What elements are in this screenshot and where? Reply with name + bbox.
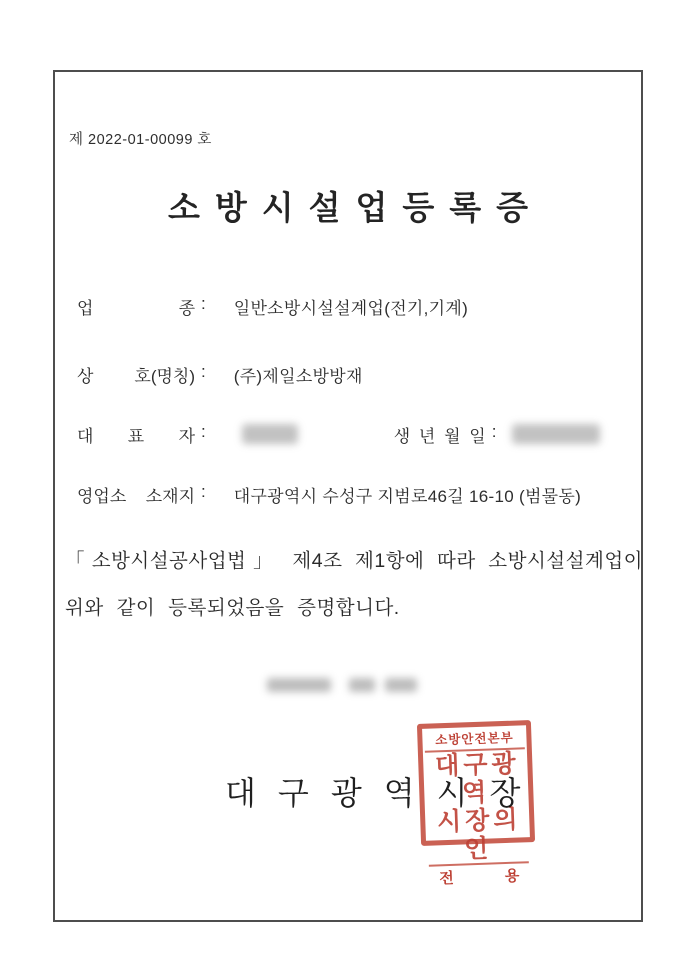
field-row-office-address: 영업소 소재지 : 대구광역시 수성구 지범로46길 16-10 (범물동): [77, 482, 627, 507]
seal-middle-line1: 대구광역: [425, 749, 527, 808]
office-address-value: 대구광역시 수성구 지범로46길 16-10 (범물동): [234, 482, 581, 507]
seal-bottom-text: 전 용: [429, 861, 530, 888]
colon: :: [201, 294, 206, 314]
business-type-label: 업 종: [77, 294, 195, 319]
issue-date-redacted: [267, 678, 417, 692]
colon: :: [201, 362, 206, 382]
business-type-value: 일반소방시설설계업(전기,기계): [234, 294, 468, 319]
legal-statement-line2: 위와 같이 등록되었음을 증명합니다.: [65, 585, 643, 632]
issue-date-year-redacted: [267, 678, 331, 692]
birth-date-label: 생 년 월 일: [394, 422, 486, 447]
representative-name-redacted: [242, 424, 298, 444]
colon: :: [201, 422, 206, 442]
field-row-representative: 대 표 자 : 생 년 월 일 :: [77, 422, 627, 447]
legal-statement: 「소방시설공사업법」 제4조 제1항에 따라 소방시설설계업이 위와 같이 등록…: [65, 538, 643, 632]
official-seal: 소방안전본부 대구광역 시장의인 전 용: [417, 720, 535, 846]
scanned-certificate-page: 제 2022-01-00099 호 소방시설업등록증 업 종 : 일반소방시설설…: [0, 0, 687, 972]
company-name-value: (주)제일소방방재: [234, 362, 363, 387]
field-row-business-type: 업 종 : 일반소방시설설계업(전기,기계): [77, 294, 627, 319]
certificate-title: 소방시설업등록증: [55, 182, 641, 229]
colon: :: [201, 482, 206, 502]
company-name-label: 상 호(명칭): [77, 362, 195, 387]
issue-date-day-redacted: [385, 678, 417, 692]
birth-date-redacted: [512, 424, 600, 444]
certificate-border: 제 2022-01-00099 호 소방시설업등록증 업 종 : 일반소방시설설…: [53, 70, 643, 922]
seal-middle-text: 대구광역 시장의인: [425, 749, 529, 864]
seal-middle-line2: 시장의인: [427, 805, 529, 864]
issue-date-month-redacted: [349, 678, 375, 692]
field-row-company-name: 상 호(명칭) : (주)제일소방방재: [77, 362, 627, 387]
legal-statement-line1: 「소방시설공사업법」 제4조 제1항에 따라 소방시설설계업이: [65, 538, 643, 585]
colon: :: [492, 422, 497, 442]
representative-label: 대 표 자: [77, 422, 195, 447]
office-address-label: 영업소 소재지: [77, 482, 195, 507]
document-number: 제 2022-01-00099 호: [69, 128, 212, 149]
